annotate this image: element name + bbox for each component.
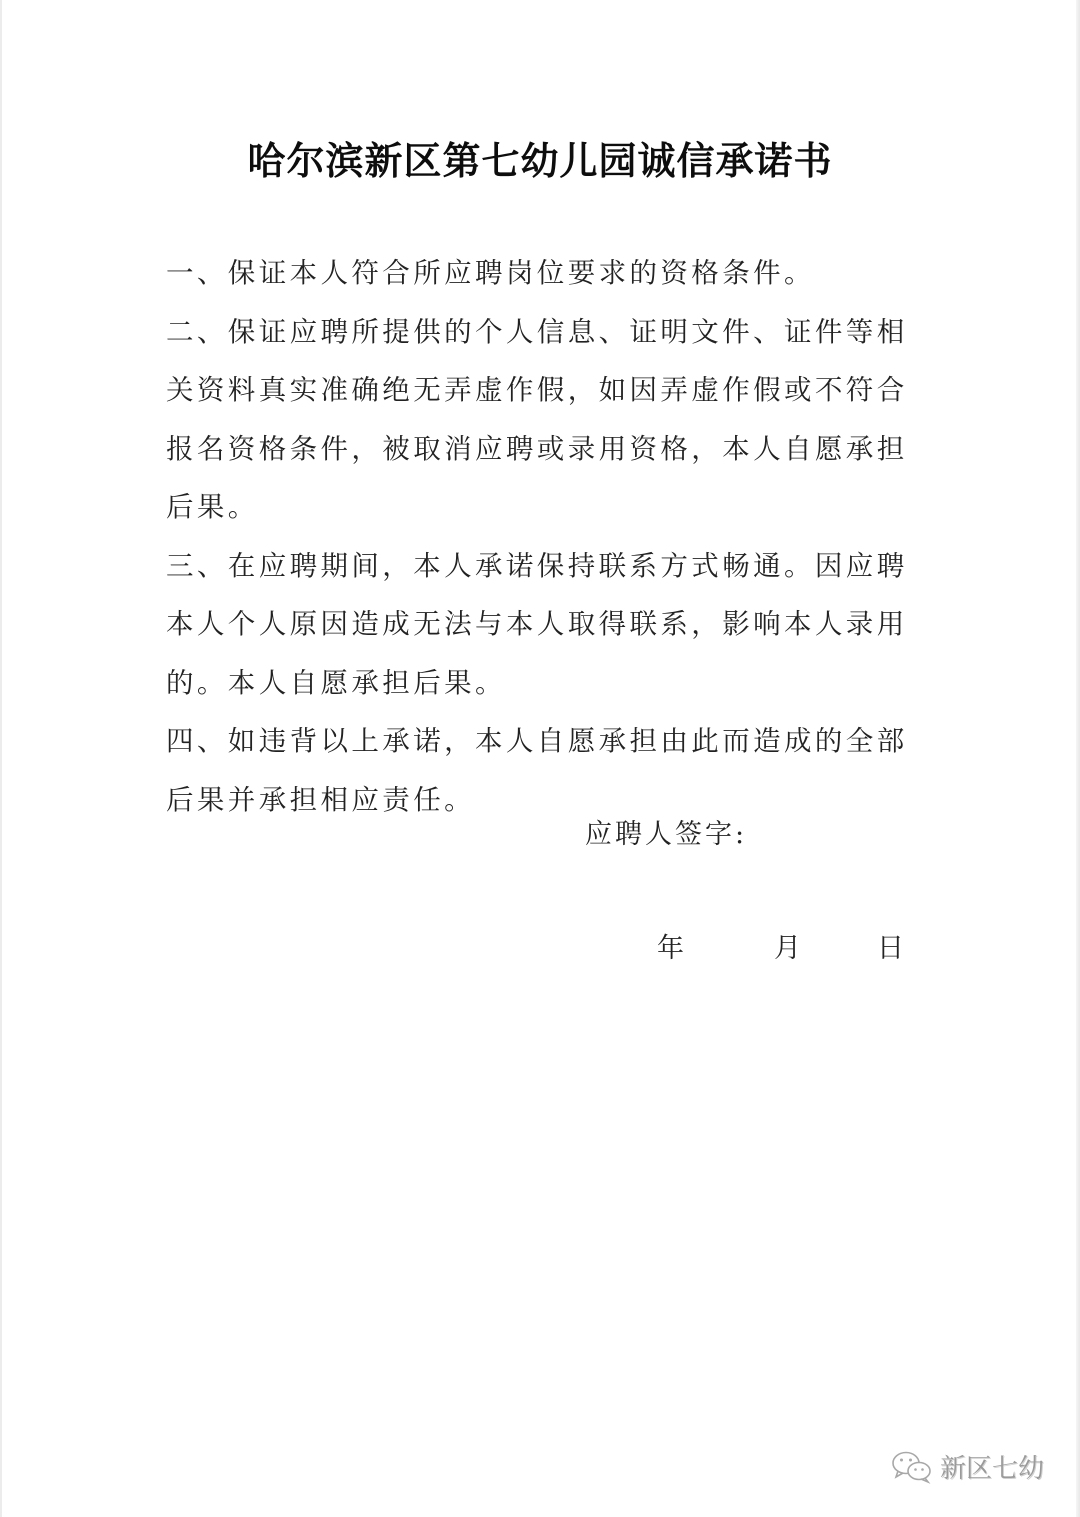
commitment-item-4: 四、如违背以上承诺，本人自愿承担由此而造成的全部后果并承担相应责任。: [166, 712, 926, 829]
date-month-label: 月: [774, 926, 801, 965]
date-year-label: 年: [657, 926, 684, 965]
wechat-watermark: 新区七幼: [890, 1448, 1044, 1485]
watermark-text: 新区七幼: [940, 1448, 1044, 1485]
document-title: 哈尔滨新区第七幼儿园诚信承诺书: [0, 130, 1080, 185]
commitment-item-1: 一、保证本人符合所应聘岗位要求的资格条件。: [166, 244, 926, 303]
date-day-label: 日: [877, 926, 904, 965]
commitment-item-2: 二、保证应聘所提供的个人信息、证明文件、证件等相关资料真实准确绝无弄虚作假，如因…: [166, 303, 926, 537]
page-edge-right: [1076, 0, 1080, 1517]
applicant-signature-label: 应聘人签字:: [585, 812, 747, 851]
commitment-body: 一、保证本人符合所应聘岗位要求的资格条件。 二、保证应聘所提供的个人信息、证明文…: [166, 244, 926, 829]
commitment-item-3: 三、在应聘期间，本人承诺保持联系方式畅通。因应聘本人个人原因造成无法与本人取得联…: [166, 537, 926, 713]
wechat-icon: [890, 1450, 934, 1484]
page-edge-left: [0, 0, 2, 1517]
